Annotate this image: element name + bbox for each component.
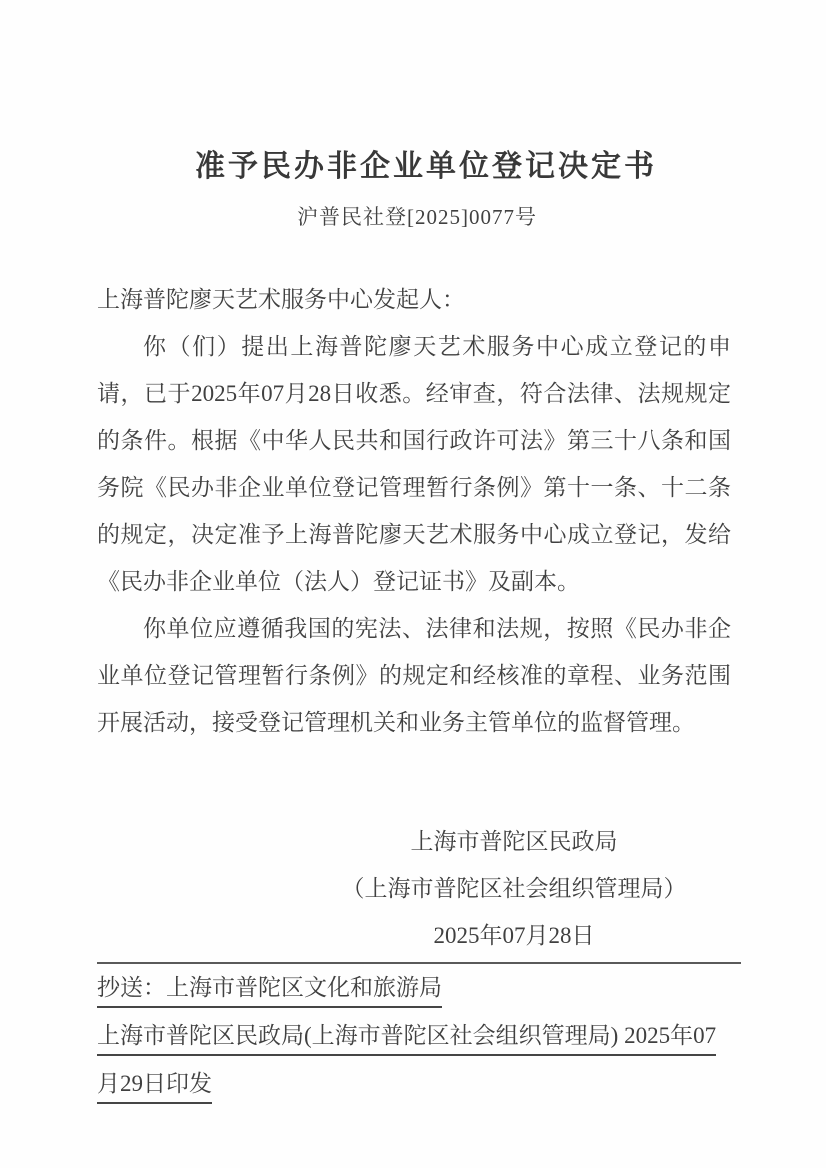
signature-date: 2025年07月28日 xyxy=(299,912,729,959)
paragraph-approval: 你（们）提出上海普陀廖天艺术服务中心成立登记的申请，已于2025年07月28日收… xyxy=(97,323,731,605)
document-body: 上海普陀廖天艺术服务中心发起人： 你（们）提出上海普陀廖天艺术服务中心成立登记的… xyxy=(97,276,731,746)
cc-line: 抄送：上海市普陀区文化和旅游局 xyxy=(97,974,442,1001)
issue-line-1: 上海市普陀区民政局(上海市普陀区社会组织管理局) 2025年07 xyxy=(97,1022,716,1049)
footer-divider xyxy=(97,962,741,964)
issue-line-2: 月29日印发 xyxy=(97,1070,212,1097)
document-number: 沪普民社登[2025]0077号 xyxy=(8,201,826,231)
paragraph-obligations: 你单位应遵循我国的宪法、法律和法规，按照《民办非企业单位登记管理暂行条例》的规定… xyxy=(97,605,731,746)
signature-issuer-alt: （上海市普陀区社会组织管理局） xyxy=(299,865,729,912)
signature-block: 上海市普陀区民政局 （上海市普陀区社会组织管理局） 2025年07月28日 xyxy=(299,818,729,959)
cc-line-text: 抄送：上海市普陀区文化和旅游局 xyxy=(97,975,442,1008)
issue-line-1-text: 上海市普陀区民政局(上海市普陀区社会组织管理局) 2025年07 xyxy=(97,1023,716,1056)
scanned-document-page: 准予民办非企业单位登记决定书 沪普民社登[2025]0077号 上海普陀廖天艺术… xyxy=(0,0,826,1168)
issue-line-2-text: 月29日印发 xyxy=(97,1071,212,1104)
salutation-line: 上海普陀廖天艺术服务中心发起人： xyxy=(97,276,731,323)
document-title: 准予民办非企业单位登记决定书 xyxy=(26,141,826,185)
signature-issuer: 上海市普陀区民政局 xyxy=(299,818,729,865)
